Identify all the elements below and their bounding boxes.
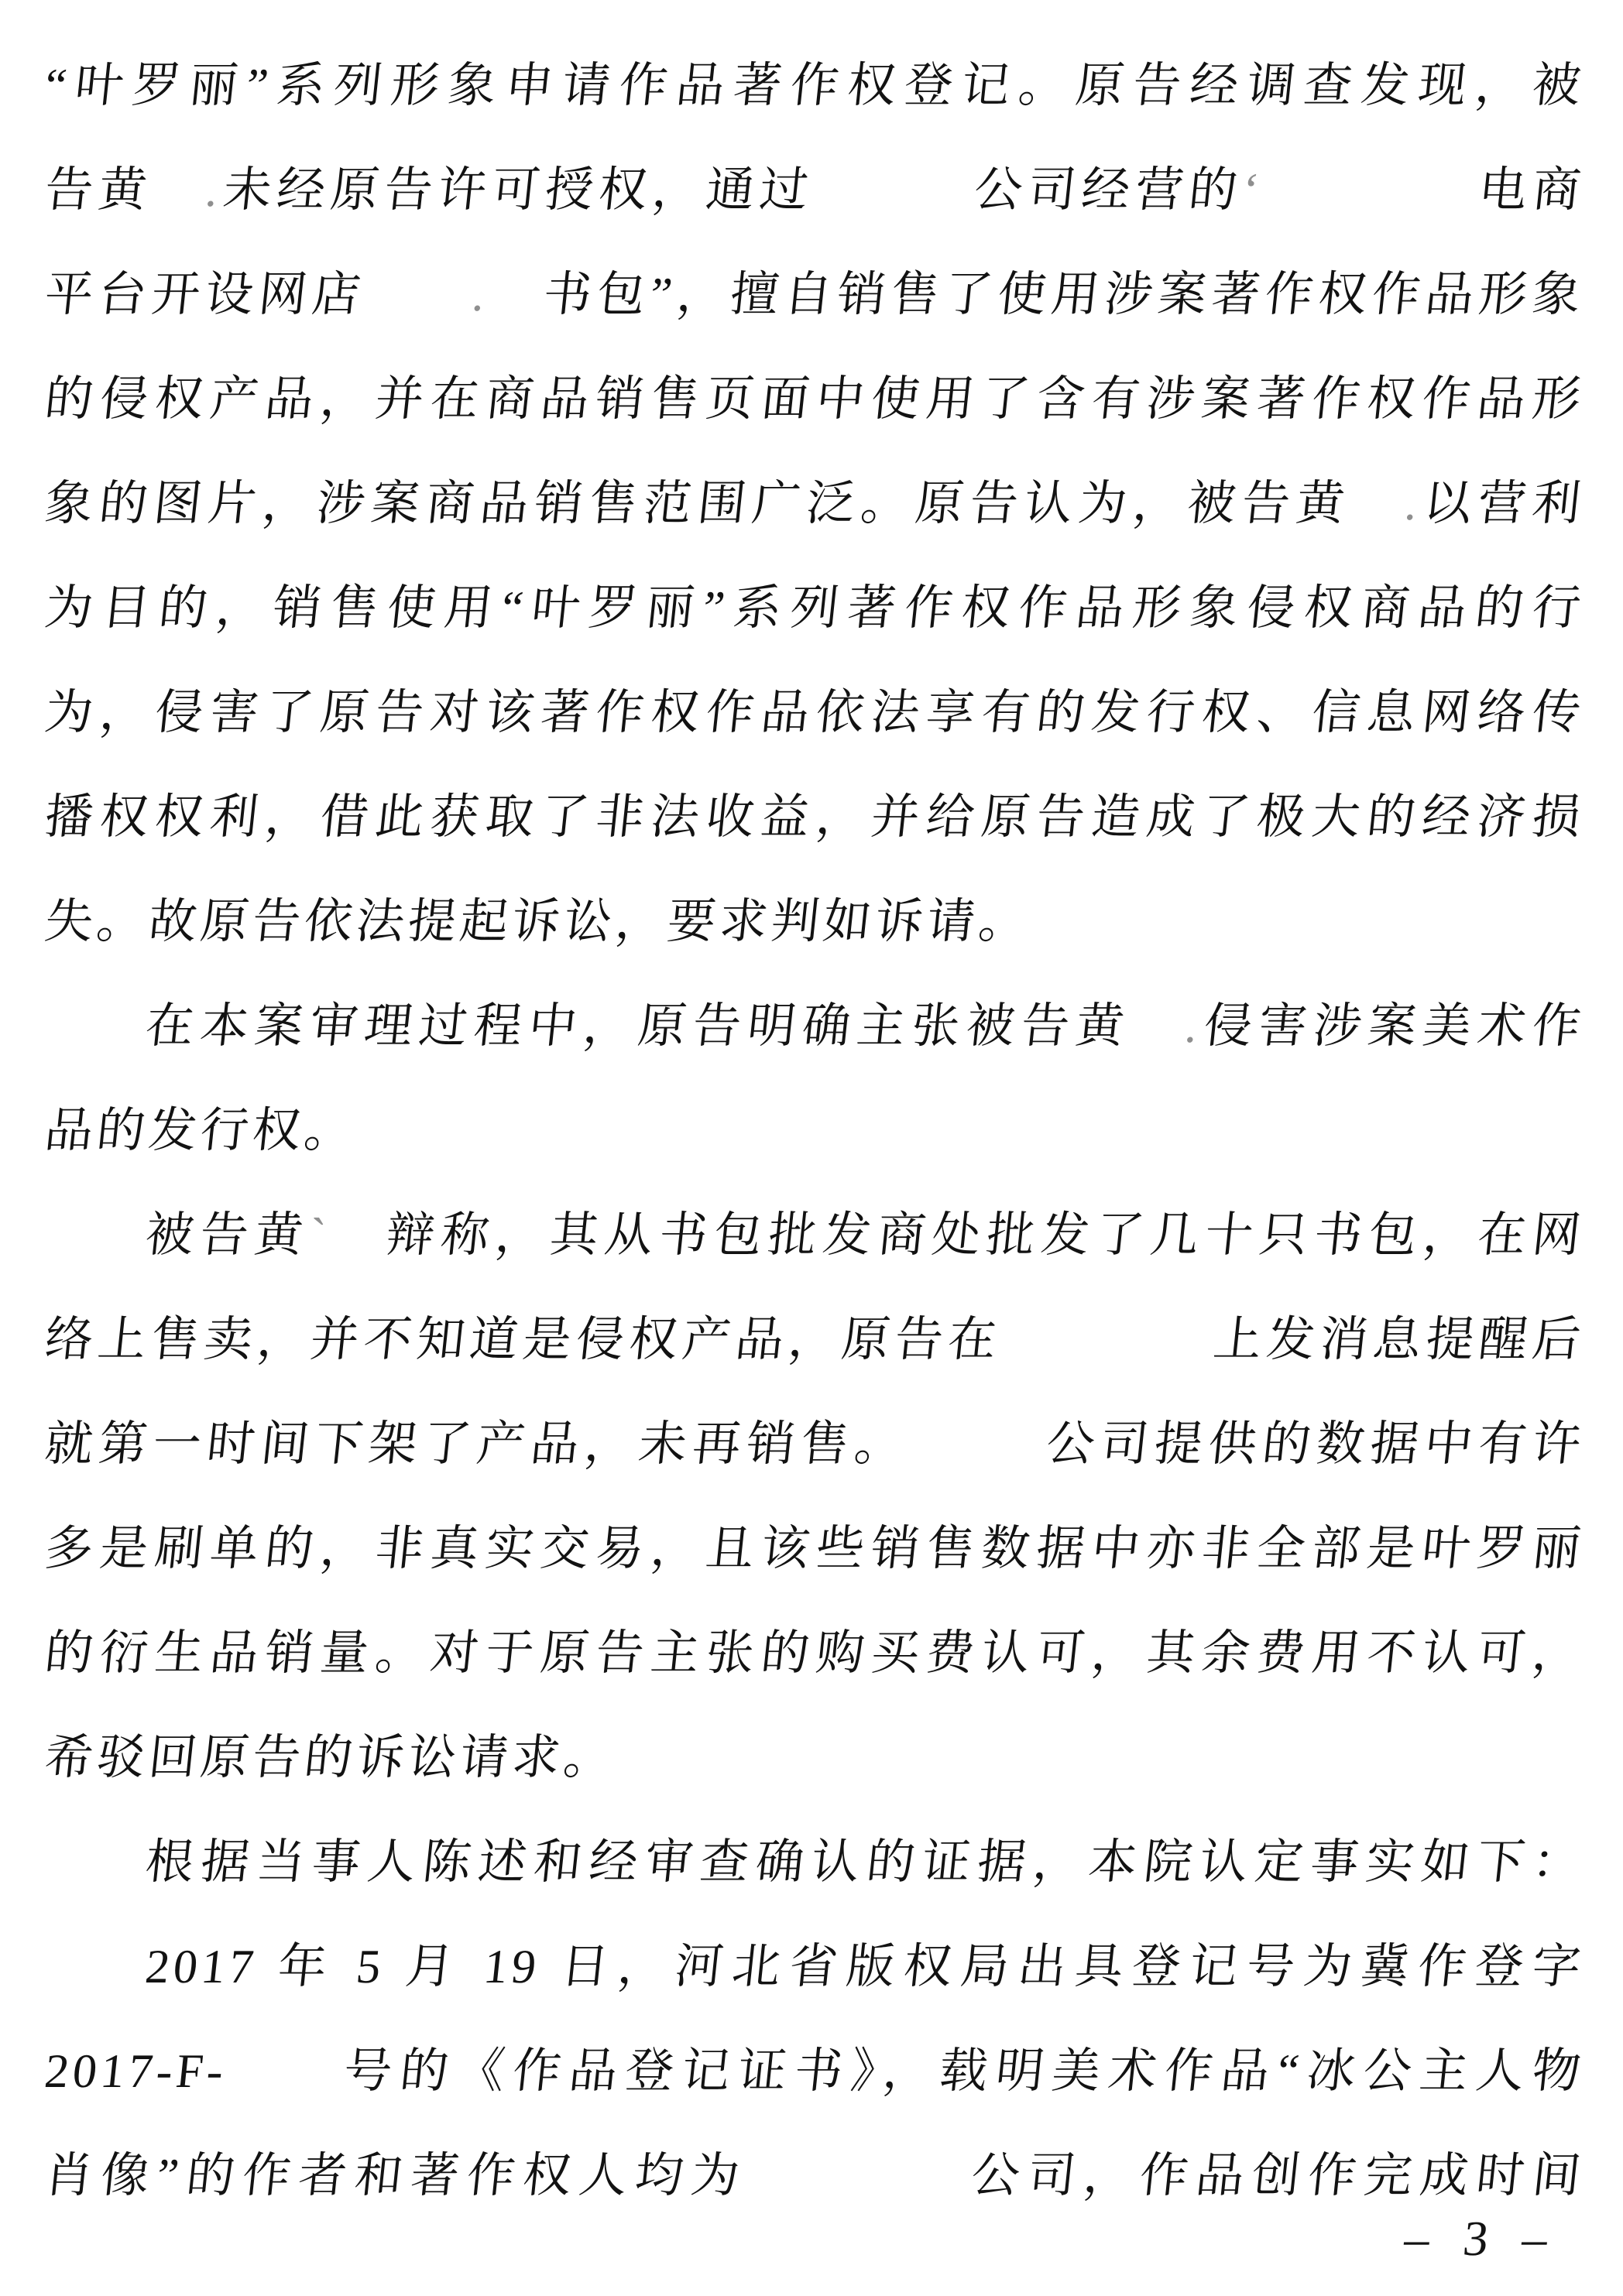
text-run: 告黄: [42, 164, 155, 217]
text-run: [1260, 164, 1481, 217]
text-run: 辩称，其从书包批发商处批发了几十只书包，在网: [384, 1209, 1587, 1262]
text-run: 书包”，擅自销售了使用涉案著作权作品形象: [540, 269, 1587, 321]
text-line: 为，侵害了原告对该著作权作品依法享有的发行权、信息网络传: [39, 661, 1590, 766]
text-line: 平台开设网店 . 书包”，擅自销售了使用涉案著作权作品形象: [39, 243, 1590, 348]
text-run: [327, 1209, 389, 1262]
text-run: 2017 年 5 月 19 日，河北省版权局出具登记号为冀作登字: [142, 1941, 1587, 1993]
text-run: [882, 1418, 1049, 1471]
document-page: “叶罗丽”系列形象申请作品著作权登记。原告经调查发现，被告黄 .未经原告许可授权…: [0, 0, 1623, 2296]
text-run: 肖像”的作者和著作权人均为: [42, 2150, 750, 2202]
page-number: – 3 –: [1401, 2200, 1563, 2277]
text-run: [363, 269, 475, 321]
text-line: 的侵权产品，并在商品销售页面中使用了含有涉案著作权作品形: [39, 348, 1590, 452]
text-run: 的侵权产品，并在商品销售页面中使用了含有涉案著作权作品形: [42, 373, 1587, 426]
text-run: 公司提供的数据中有许: [1044, 1418, 1587, 1471]
text-run: 希驳回原告的诉讼请求。: [42, 1732, 618, 1784]
text-line: 2017 年 5 月 19 日，河北省版权局出具登记号为冀作登字: [39, 1915, 1590, 2020]
text-run: 的衍生品销量。对于原告主张的购买费认可，其余费用不认可，: [42, 1627, 1587, 1680]
text-line: 为目的，销售使用“叶罗丽”系列著作权作品形象侵权商品的行: [39, 557, 1590, 661]
text-line: 失。故原告依法提起诉讼，要求判如诉请。: [39, 870, 1590, 975]
text-run: 就第一时间下架了产品，未再销售。: [42, 1418, 887, 1471]
text-line: “叶罗丽”系列形象申请作品著作权登记。原告经调查发现，被: [39, 34, 1590, 139]
text-run: 多是刷单的，非真实交易，且该些销售数据中亦非全部是叶罗丽: [42, 1523, 1587, 1575]
text-line: 品的发行权。: [39, 1079, 1590, 1184]
text-line: 告黄 .未经原告许可授权，通过 公司经营的‘ 电商: [39, 139, 1590, 243]
text-run: [486, 269, 546, 321]
text-run: 平台开设网店: [42, 269, 368, 321]
text-run: 在本案审理过程中，原告明确主张被告黄: [142, 1000, 1133, 1053]
document-body: “叶罗丽”系列形象申请作品著作权登记。原告经调查发现，被告黄 .未经原告许可授权…: [45, 34, 1584, 2229]
text-line: 多是刷单的，非真实交易，且该些销售数据中亦非全部是叶罗丽: [39, 1497, 1590, 1602]
text-run: 侵害涉案美术作: [1199, 1000, 1587, 1053]
text-run: 失。故原告依法提起诉讼，要求判如诉请。: [42, 896, 1033, 948]
text-run: 播权权利，借此获取了非法收益，并给原告造成了极大的经济损: [42, 791, 1587, 844]
text-run: 上发消息提醒后: [1211, 1314, 1587, 1366]
text-run: 为，侵害了原告对该著作权作品依法享有的发行权、信息网络传: [42, 687, 1587, 739]
text-run: 象的图片，涉案商品销售范围广泛。原告认为，被告黄: [42, 478, 1354, 530]
text-run: “叶罗丽”系列形象申请作品著作权登记。原告经调查发现，被: [42, 60, 1587, 112]
text-run: 公司经营的: [972, 164, 1245, 217]
text-line: 络上售卖，并不知道是侵权产品，原告在 上发消息提醒后: [39, 1288, 1590, 1393]
text-line: 希驳回原告的诉讼请求。: [39, 1706, 1590, 1811]
text-line: 在本案审理过程中，原告明确主张被告黄 .侵害涉案美术作: [39, 975, 1590, 1079]
text-line: 被告黄` 辩称，其从书包批发商处批发了几十只书包，在网: [39, 1184, 1590, 1288]
text-run: 以营利: [1419, 478, 1587, 530]
text-run: [998, 1314, 1216, 1366]
text-run: 号的《作品登记证书》，载明美术作品“冰公主人物: [341, 2045, 1587, 2098]
text-line: 根据当事人陈述和经审查确认的证据，本院认定事实如下：: [39, 1811, 1590, 1915]
text-run: 被告黄: [142, 1209, 312, 1262]
text-run: [745, 2150, 975, 2202]
text-run: [811, 164, 977, 217]
text-line: 2017-F- 号的《作品登记证书》，载明美术作品“冰公主人物: [39, 2020, 1590, 2124]
text-run: 为目的，销售使用“叶罗丽”系列著作权作品形象侵权商品的行: [42, 582, 1587, 635]
text-run: 电商: [1476, 164, 1587, 217]
text-line: 肖像”的作者和著作权人均为 公司，作品创作完成时间: [39, 2124, 1590, 2229]
text-run: [224, 2045, 346, 2098]
text-run: [149, 164, 208, 217]
text-run: 络上售卖，并不知道是侵权产品，原告在: [42, 1314, 1004, 1366]
text-run: 根据当事人陈述和经审查确认的证据，本院认定事实如下：: [142, 1836, 1587, 1889]
text-run: 公司，作品创作完成时间: [969, 2150, 1587, 2202]
text-run: [1348, 478, 1408, 530]
text-line: 播权权利，借此获取了非法收益，并给原告造成了极大的经济损: [39, 766, 1590, 870]
text-run: [1128, 1000, 1189, 1053]
text-run: 品的发行权。: [42, 1105, 359, 1157]
text-line: 就第一时间下架了产品，未再销售。 公司提供的数据中有许: [39, 1393, 1590, 1497]
text-line: 象的图片，涉案商品销售范围广泛。原告认为，被告黄 .以营利: [39, 452, 1590, 557]
text-run: 未经原告许可授权，通过: [219, 164, 816, 217]
text-run: 2017-F-: [42, 2045, 229, 2098]
text-line: 的衍生品销量。对于原告主张的购买费认可，其余费用不认可，: [39, 1602, 1590, 1706]
